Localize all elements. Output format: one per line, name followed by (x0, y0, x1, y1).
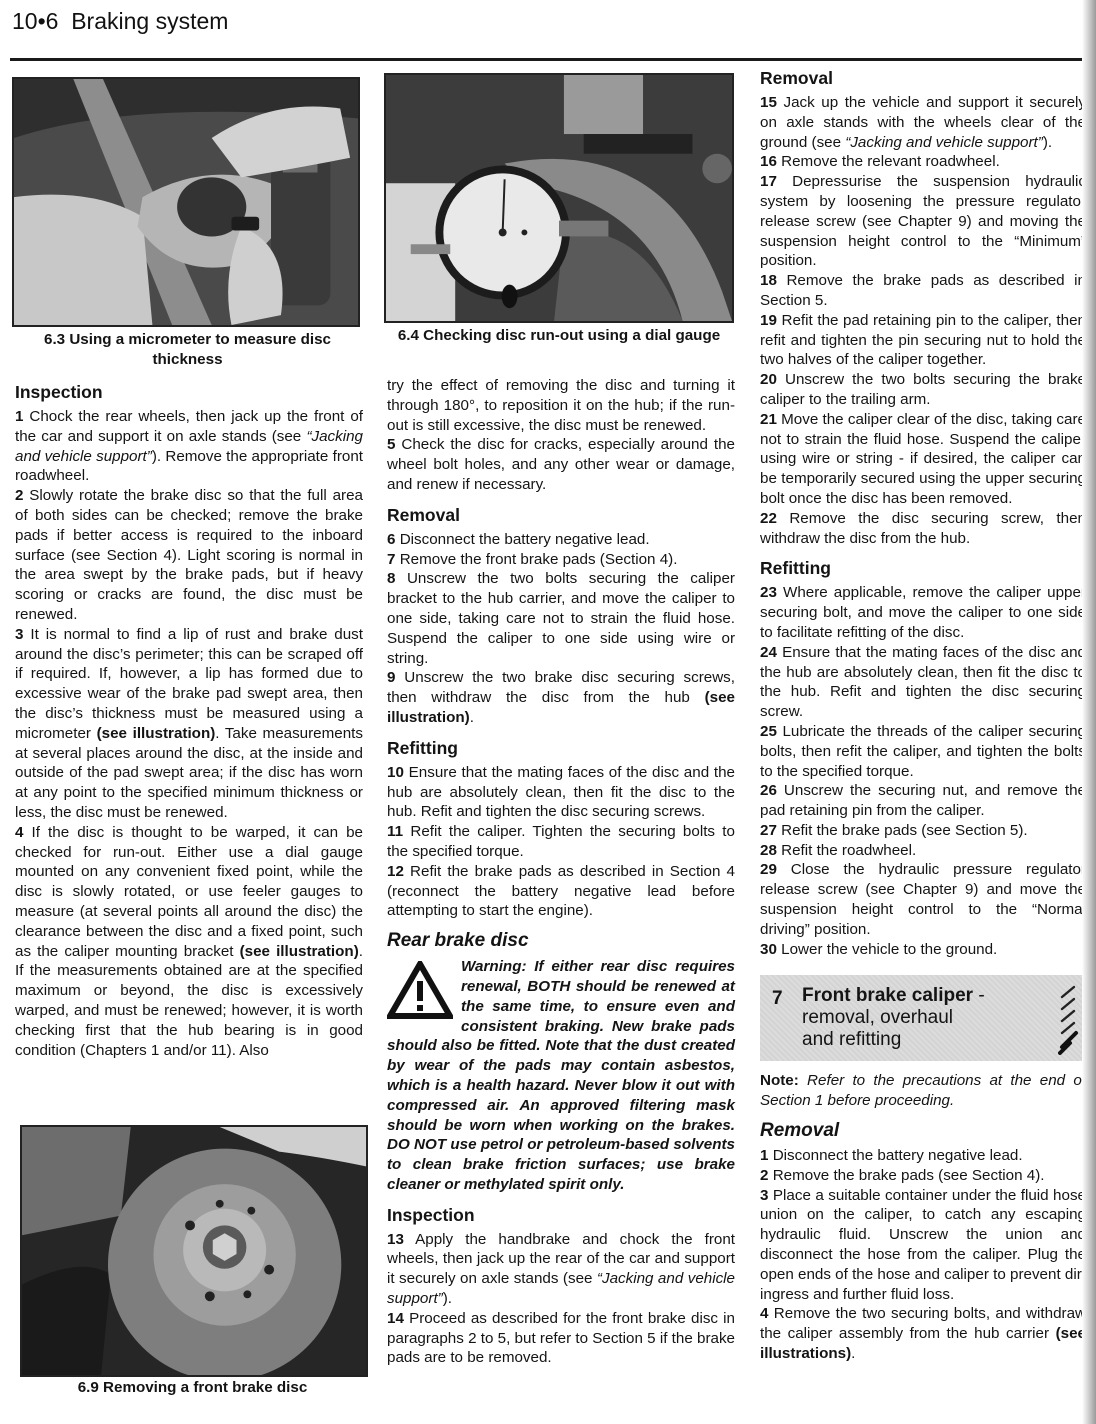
paragraph-15: 15 Jack up the vehicle and support it se… (760, 93, 1086, 152)
figure-6-4-caption: 6.4 Checking disc run-out using a dial g… (385, 326, 733, 346)
paragraph-3: 3 It is normal to find a lip of rust and… (15, 625, 363, 823)
header-rule (10, 58, 1085, 61)
paragraph-number: 1 (15, 408, 23, 425)
paragraph-8: 8 Unscrew the two bolts securing the cal… (387, 569, 735, 668)
figure-6-9-caption: 6.9 Removing a front brake disc (20, 1378, 365, 1398)
page-number: 10•6 (12, 8, 58, 34)
paragraph-20: 20 Unscrew the two bolts securing the br… (760, 370, 1086, 410)
section-number: 7 (772, 989, 783, 1009)
cross-reference: “Jacking and vehicle support” (845, 134, 1043, 151)
heading-refitting-rear: Refitting (760, 556, 1086, 580)
section-title: Front brake caliper - removal, overhaul … (802, 985, 985, 1051)
column-3: Removal 15 Jack up the vehicle and suppo… (760, 66, 1086, 1364)
paragraph-27: 27 Refit the brake pads (see Section 5). (760, 821, 1086, 841)
paragraph-6: 6 Disconnect the battery negative lead. (387, 530, 735, 550)
page-header: 10•6 Braking system (12, 6, 228, 36)
paragraph-16: 16 Remove the relevant roadwheel. (760, 152, 1086, 172)
paragraph-21: 21 Move the caliper clear of the disc, t… (760, 410, 1086, 509)
paragraph-4-continued: try the effect of removing the disc and … (387, 376, 735, 435)
paragraph-26: 26 Unscrew the securing nut, and remove … (760, 781, 1086, 821)
section-7-heading-box: 7 Front brake caliper - removal, overhau… (760, 975, 1086, 1061)
heading-refitting: Refitting (387, 736, 735, 760)
paragraph-18: 18 Remove the brake pads as described in… (760, 271, 1086, 311)
paragraph-28: 28 Refit the roadwheel. (760, 841, 1086, 861)
illustration-reference: (see illustration) (240, 943, 359, 960)
warning-triangle-icon (387, 961, 453, 1019)
paragraph-number: 4 (15, 824, 23, 841)
caliper-paragraph-1: 1 Disconnect the battery negative lead. (760, 1146, 1086, 1166)
paragraph-14: 14 Proceed as described for the front br… (387, 1309, 735, 1368)
paragraph-10: 10 Ensure that the mating faces of the d… (387, 763, 735, 822)
paragraph-29: 29 Close the hydraulic pressure regulato… (760, 860, 1086, 939)
note-label: Note: (760, 1072, 799, 1089)
spanner-rating-icon (1058, 981, 1080, 1055)
caliper-paragraph-4: 4 Remove the two securing bolts, and wit… (760, 1304, 1086, 1363)
heading-inspection-rear: Inspection (387, 1203, 735, 1227)
column-2: try the effect of removing the disc and … (387, 376, 735, 1368)
paragraph-11: 11 Refit the caliper. Tighten the securi… (387, 822, 735, 862)
figure-6-4-dial-gauge-photo (384, 73, 734, 323)
caliper-paragraph-3: 3 Place a suitable container under the f… (760, 1186, 1086, 1305)
paragraph-number: 2 (15, 487, 23, 504)
paragraph-19: 19 Refit the pad retaining pin to the ca… (760, 311, 1086, 370)
paragraph-13: 13 Apply the handbrake and chock the fro… (387, 1230, 735, 1309)
heading-inspection: Inspection (15, 380, 363, 404)
heading-caliper-removal: Removal (760, 1119, 1086, 1143)
paragraph-7: 7 Remove the front brake pads (Section 4… (387, 550, 735, 570)
paragraph-25: 25 Lubricate the threads of the caliper … (760, 722, 1086, 781)
paragraph-23: 23 Where applicable, remove the caliper … (760, 583, 1086, 642)
figure-6-3-micrometer-photo (12, 77, 360, 327)
column-1: Inspection 1 Chock the rear wheels, then… (15, 378, 363, 1060)
paragraph-4: 4 If the disc is thought to be warped, i… (15, 823, 363, 1061)
heading-rear-brake-disc: Rear brake disc (387, 929, 735, 953)
illustration-reference: (see illustration) (97, 725, 216, 742)
paragraph-30: 30 Lower the vehicle to the ground. (760, 940, 1086, 960)
heading-removal-rear: Removal (760, 66, 1086, 90)
figure-6-3-caption: 6.3 Using a micrometer to measure disc t… (15, 330, 360, 370)
paragraph-number: 3 (15, 626, 23, 643)
note: Note: Refer to the precautions at the en… (760, 1071, 1086, 1111)
paragraph-9: 9 Unscrew the two brake disc securing sc… (387, 668, 735, 727)
paragraph-24: 24 Ensure that the mating faces of the d… (760, 643, 1086, 722)
paragraph-1: 1 Chock the rear wheels, then jack up th… (15, 407, 363, 486)
chapter-title: Braking system (71, 8, 228, 34)
paragraph-12: 12 Refit the brake pads as described in … (387, 862, 735, 921)
page-binding-shadow (1082, 0, 1096, 1424)
heading-removal: Removal (387, 503, 735, 527)
caliper-paragraph-2: 2 Remove the brake pads (see Section 4). (760, 1166, 1086, 1186)
paragraph-17: 17 Depressurise the suspension hydraulic… (760, 172, 1086, 271)
paragraph-5: 5 Check the disc for cracks, especially … (387, 435, 735, 494)
warning-block: Warning: If either rear disc requires re… (387, 957, 735, 1195)
figure-6-9-brake-disc-photo (20, 1125, 368, 1377)
paragraph-22: 22 Remove the disc securing screw, then … (760, 509, 1086, 549)
paragraph-2: 2 Slowly rotate the brake disc so that t… (15, 486, 363, 625)
